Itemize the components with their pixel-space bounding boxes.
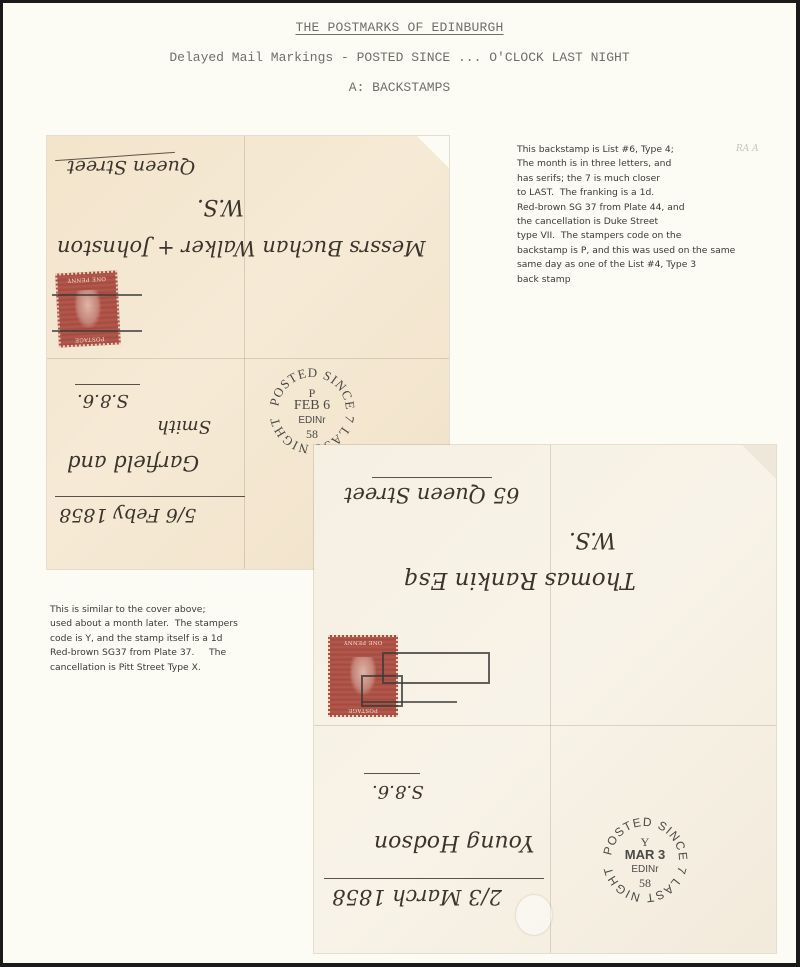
underline <box>324 878 544 879</box>
cancel-bar <box>361 701 457 703</box>
cover2-description: This is similar to the cover above; used… <box>50 603 238 675</box>
stamp-bottom-label: POSTAGE <box>330 707 396 713</box>
postmark-year: 58 <box>602 876 688 891</box>
underline <box>372 477 492 478</box>
fold-line <box>244 136 245 569</box>
handwriting-docket-date: 2/3 March 1858 <box>332 885 502 909</box>
postmark-date: MAR 3 <box>602 847 688 862</box>
stamp-bottom-label: POSTAGE <box>60 334 118 343</box>
stamp-top-label: ONE PENNY <box>57 275 115 284</box>
pencil-annotation: RA A <box>736 144 759 154</box>
wax-seal-remnant <box>516 895 552 935</box>
handwriting-address2: W.S. <box>197 194 244 219</box>
cover1-description: This backstamp is List #6, Type 4; The m… <box>517 143 735 287</box>
postmark-year: 58 <box>269 427 355 442</box>
underline <box>364 773 420 774</box>
postmark-date: FEB 6 <box>269 398 355 414</box>
handwriting-address1: Thomas Rankin Esq <box>404 567 636 593</box>
page-title-text: THE POSTMARKS OF EDINBURGH <box>295 20 503 35</box>
handwriting-docket-fee: S.8.6. <box>372 781 424 802</box>
postmark-posted-since: POSTED SINCE 7 LAST NIGHT Y MAR 3 EDINr … <box>602 817 688 903</box>
handwriting-address3: 65 Queen Street <box>344 483 519 507</box>
postmark-posted-since: POSTED SINCE 7 LAST NIGHT P FEB 6 EDINr … <box>269 368 355 454</box>
page-corner <box>742 445 776 479</box>
fold-line <box>550 445 551 953</box>
handwriting-docket-name: Garfield and <box>67 451 199 475</box>
cancel-bar <box>52 294 142 296</box>
handwriting-docket-date: 5/6 Feby 1858 <box>59 504 196 526</box>
underline <box>55 496 245 497</box>
handwriting-address1: Messrs Buchan Walker + Johnston <box>57 236 426 260</box>
postmark-office: EDINr <box>602 864 688 875</box>
page-corner <box>417 136 449 168</box>
postmark-office: EDINr <box>269 415 355 426</box>
underline <box>75 384 140 385</box>
page-title: THE POSTMARKS OF EDINBURGH <box>3 20 796 35</box>
stamp-top-label: ONE PENNY <box>330 639 396 645</box>
handwriting-docket-fee: S.8.6. <box>77 390 129 411</box>
cover-march-1858: 65 Queen Street W.S. Thomas Rankin Esq O… <box>314 445 776 953</box>
album-page: THE POSTMARKS OF EDINBURGH Delayed Mail … <box>3 3 796 963</box>
handwriting-docket-name2: Smith <box>157 416 211 437</box>
fold-line <box>47 358 449 359</box>
section-heading: A: BACKSTAMPS <box>3 80 796 95</box>
handwriting-docket-name: Young Hodson <box>374 830 535 855</box>
stamp-penny-red: ONE PENNY POSTAGE <box>55 270 121 347</box>
fold-line <box>314 725 776 726</box>
page-subtitle: Delayed Mail Markings - POSTED SINCE ...… <box>3 50 796 65</box>
cancel-bar <box>52 330 142 332</box>
handwriting-address3: Queen Street <box>67 156 195 178</box>
handwriting-address2: W.S. <box>569 527 616 552</box>
